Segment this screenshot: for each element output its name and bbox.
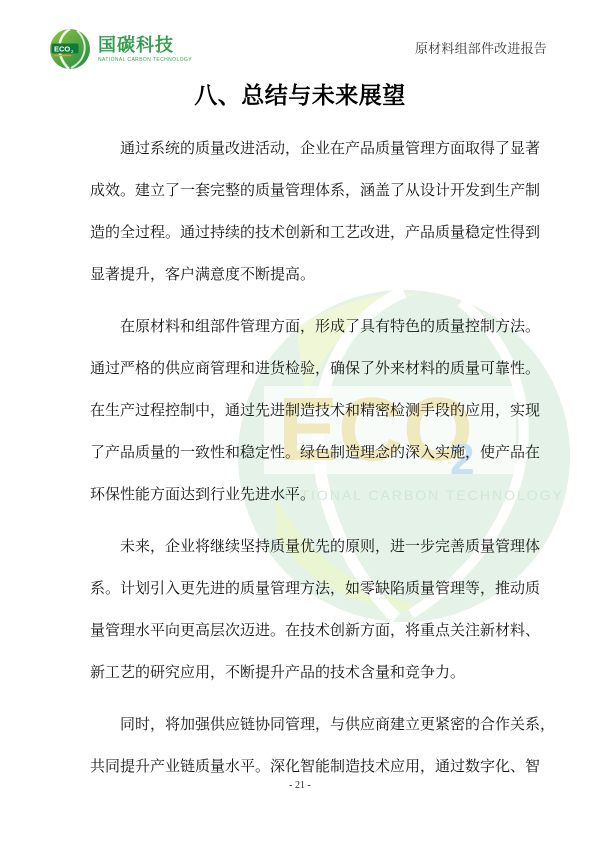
- header-doc-title: 原材料组部件改进报告: [415, 38, 547, 57]
- company-name-en: NATIONAL CARBON TECHNOLOGY: [98, 57, 192, 63]
- paragraph-line: 同时，将加强供应链协同管理，与供应商建立更紧密的合作关系，: [90, 704, 540, 746]
- logo-text: 国碳科技 NATIONAL CARBON TECHNOLOGY: [98, 36, 192, 70]
- paragraph-line: 环保性能方面达到行业先进水平。: [90, 474, 540, 516]
- paragraph-line: 通过系统的质量改进活动，企业在产品质量管理方面取得了显著: [90, 128, 540, 170]
- body-paragraphs: 通过系统的质量改进活动，企业在产品质量管理方面取得了显著成效。建立了一套完整的质…: [90, 128, 540, 798]
- eco-logo-icon: ECO 2: [49, 28, 91, 70]
- paragraph: 在原材料和组部件管理方面，形成了具有特色的质量控制方法。通过严格的供应商管理和进…: [90, 306, 540, 516]
- paragraph-line: 在生产过程控制中，通过先进制造技术和精密检测手段的应用，实现: [90, 390, 540, 432]
- paragraph-line: 通过严格的供应商管理和进货检验，确保了外来材料的质量可靠性。: [90, 348, 540, 390]
- paragraph-line: 在原材料和组部件管理方面，形成了具有特色的质量控制方法。: [90, 306, 540, 348]
- paragraph-line: 新工艺的研究应用，不断提升产品的技术含量和竞争力。: [90, 652, 540, 694]
- paragraph-line: 成效。建立了一套完整的质量管理体系，涵盖了从设计开发到生产制: [90, 170, 540, 212]
- paragraph-line: 未来，企业将继续坚持质量优先的原则，进一步完善质量管理体: [90, 526, 540, 568]
- paragraph-line: 造的全过程。通过持续的技术创新和工艺改进，产品质量稳定性得到: [90, 212, 540, 254]
- logo-eco-text: ECO: [54, 45, 70, 54]
- document-page: ECO 2 NATIONAL CARBON TECHNOLOGY ECO 2 国…: [0, 0, 600, 849]
- company-logo: ECO 2 国碳科技 NATIONAL CARBON TECHNOLOGY: [49, 28, 192, 70]
- paragraph-line: 量管理水平向更高层次迈进。在技术创新方面，将重点关注新材料、: [90, 610, 540, 652]
- paragraph-line: 系。计划引入更先进的质量管理方法，如零缺陷质量管理等，推动质: [90, 568, 540, 610]
- paragraph-line: 显著提升，客户满意度不断提高。: [90, 254, 540, 296]
- paragraph: 未来，企业将继续坚持质量优先的原则，进一步完善质量管理体系。计划引入更先进的质量…: [90, 526, 540, 694]
- company-name-cn: 国碳科技: [98, 36, 192, 55]
- paragraph: 通过系统的质量改进活动，企业在产品质量管理方面取得了显著成效。建立了一套完整的质…: [90, 128, 540, 296]
- paragraph-line: 了产品质量的一致性和稳定性。绿色制造理念的深入实施，使产品在: [90, 432, 540, 474]
- paragraph: 同时，将加强供应链协同管理，与供应商建立更紧密的合作关系，共同提升产业链质量水平…: [90, 704, 540, 788]
- page-title: 八、总结与未来展望: [0, 81, 600, 111]
- page-number: - 21 -: [0, 780, 600, 791]
